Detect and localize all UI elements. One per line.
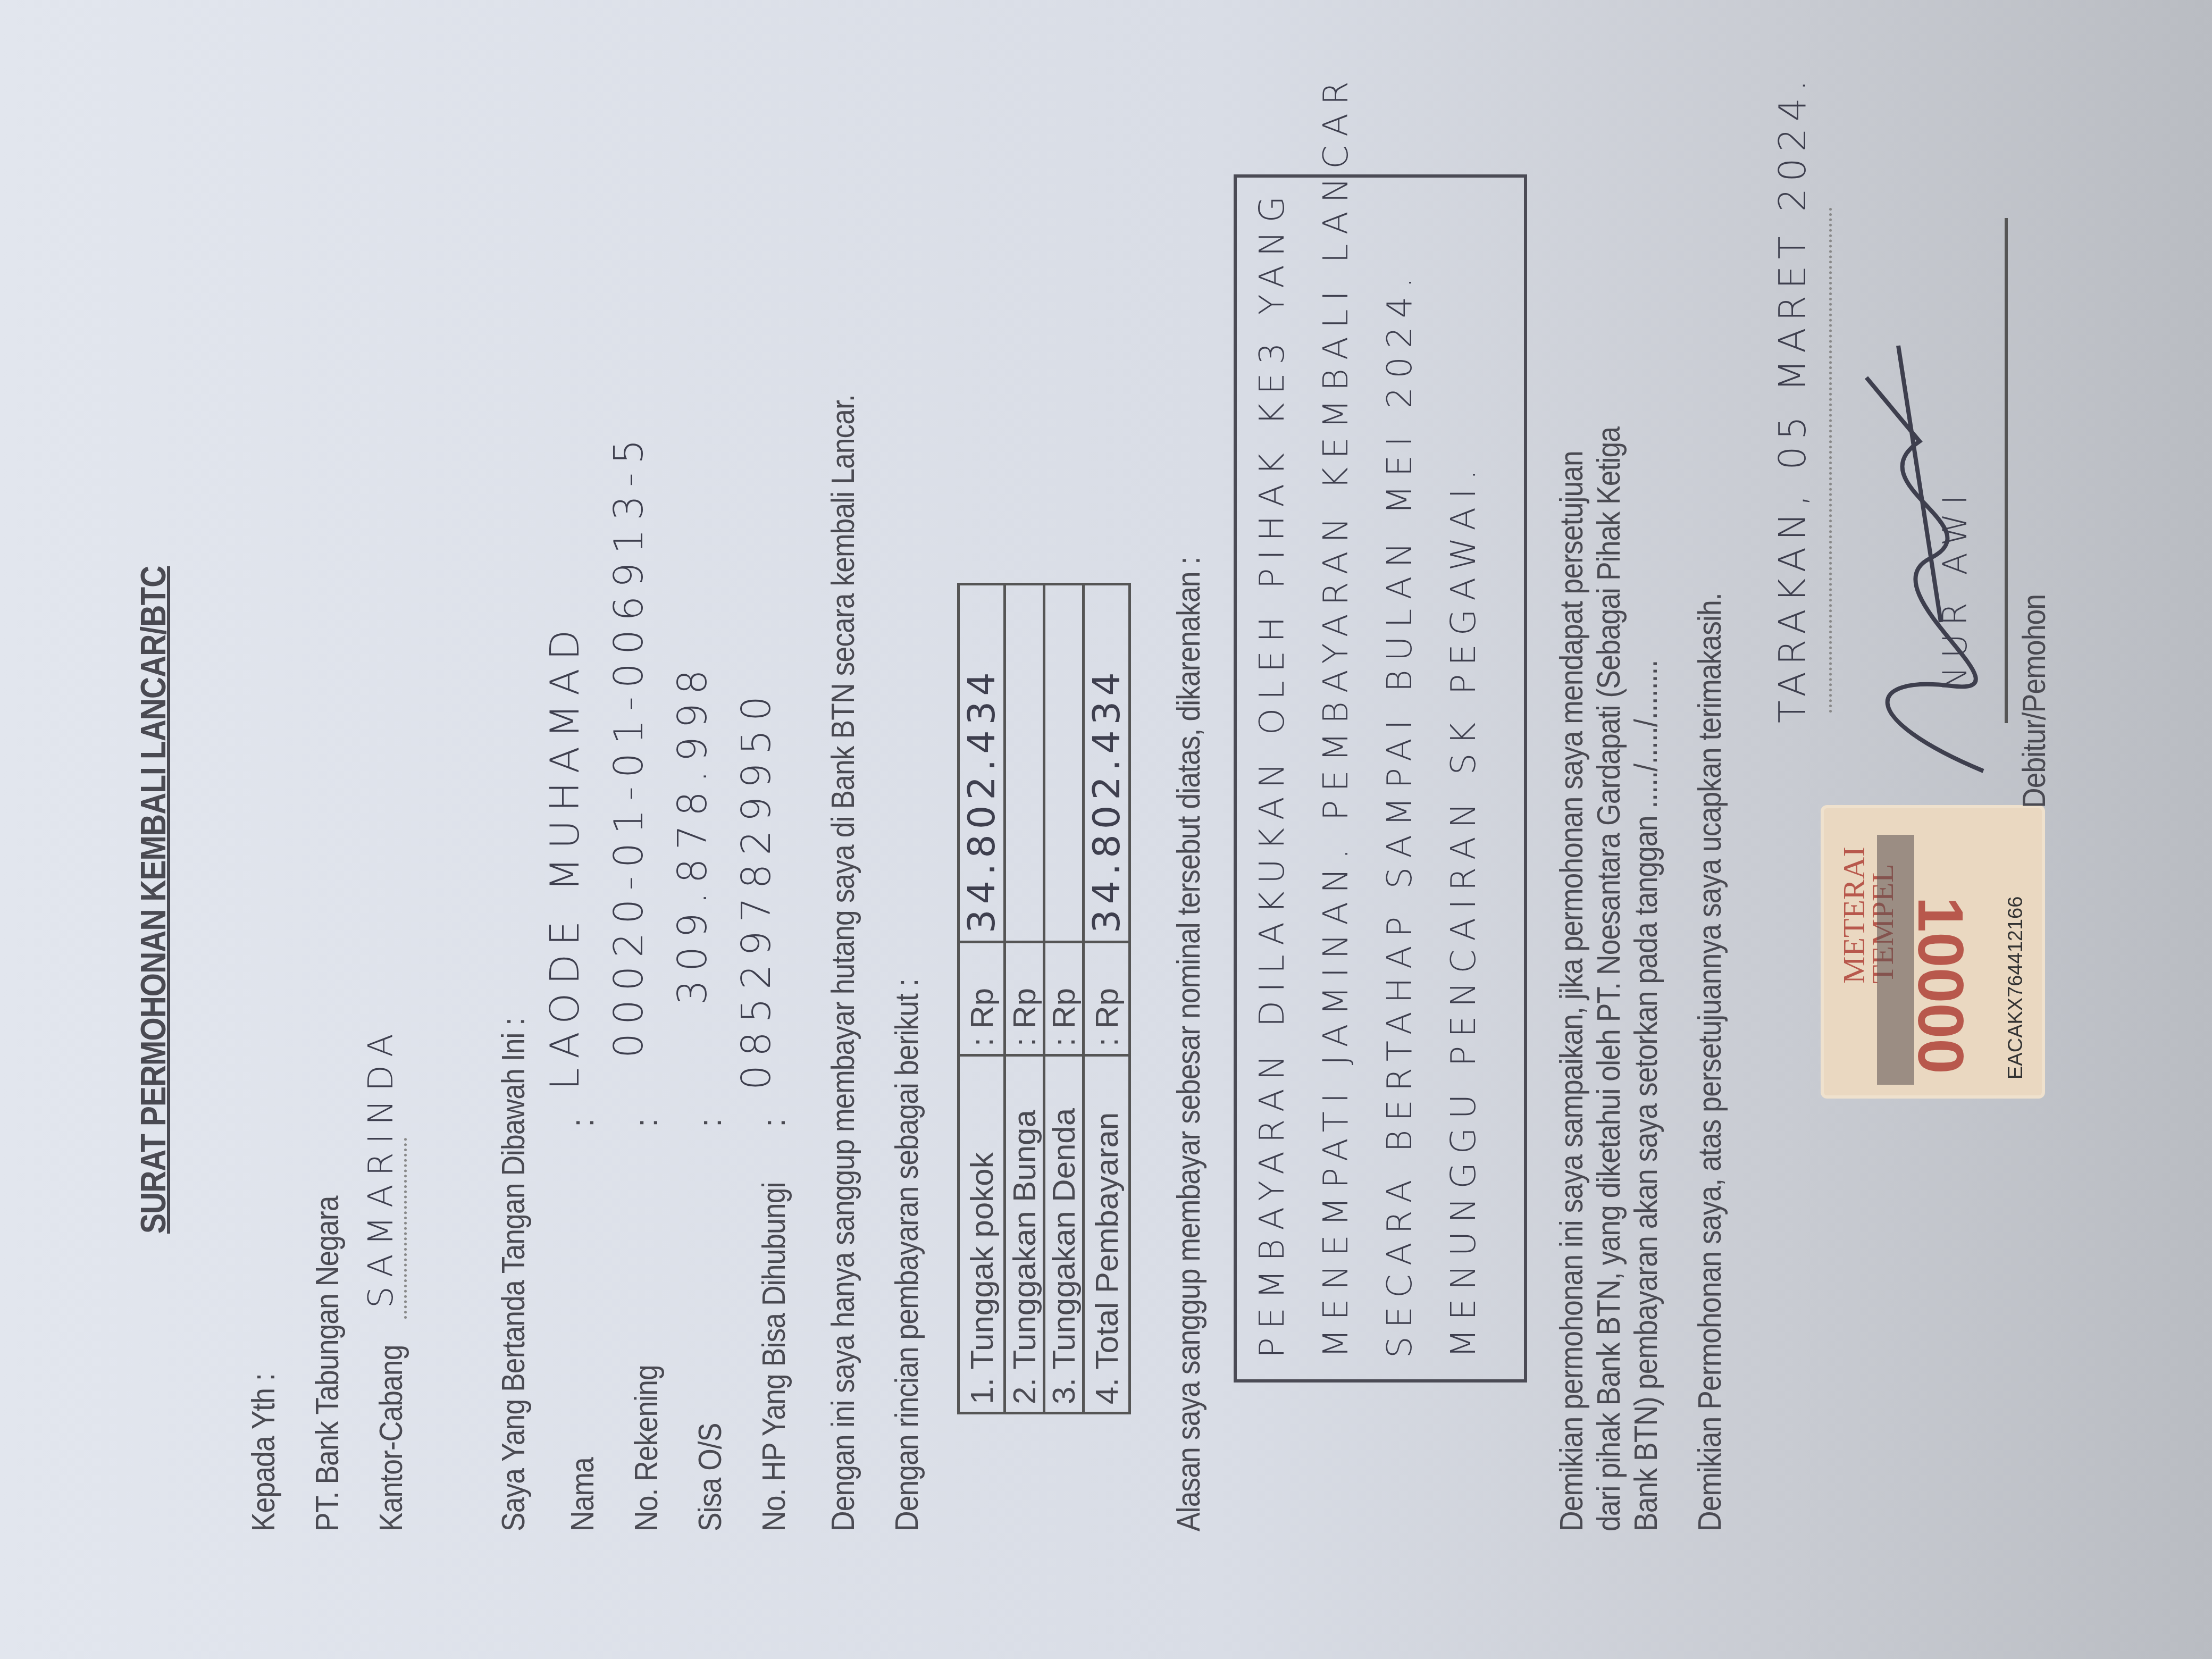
field-label-sisa-os: Sisa O/S [691, 1423, 729, 1531]
signature-line [2005, 218, 2008, 723]
addressee-bank: PT. Bank Tabungan Negara [308, 1196, 346, 1531]
statement-text: Dengan ini saya hanya sanggup membayar h… [824, 395, 862, 1531]
reason-box: PEMBAYARAN DILAKUKAN OLEH PIHAK KE3 YANG… [1234, 174, 1527, 1382]
field-label-nama: Nama [564, 1457, 601, 1531]
row-value: 34.802.434 [959, 584, 1005, 942]
letter-page: SURAT PERMOHONAN KEMBALI LANCAR/BTC Kepa… [0, 0, 2212, 1659]
field-value-hp: 085297829950 [734, 688, 780, 1090]
field-value-nama: LAODE MUHAMAD [542, 622, 588, 1090]
field-label-rekening: No. Rekening [627, 1365, 665, 1531]
letter-title: SURAT PERMOHONAN KEMBALI LANCAR/BTC [133, 566, 173, 1234]
intro-text: Saya Yang Bertanda Tangan Dibawah Ini : [495, 1018, 532, 1531]
table-row: 1. Tunggak pokok : Rp 34.802.434 [959, 584, 1005, 1413]
closing-line: Demikian permohonan ini saya sampaikan, … [1553, 451, 1590, 1531]
currency-prefix: : Rp [959, 942, 1005, 1055]
row-label: 3. Tunggakan Denda [1044, 1055, 1084, 1413]
row-label: 4. Total Pembayaran [1084, 1055, 1130, 1413]
currency-prefix: : Rp [1084, 942, 1130, 1055]
reason-intro: Alasan saya sanggup membayar sebesar nom… [1170, 557, 1208, 1531]
field-value-rekening: 00020-01-01-006913-5 [606, 431, 652, 1058]
signer-role: Debitur/Pemohon [2015, 594, 2053, 808]
closing-line: dari pihak Bank BTN, yang diketahui oleh… [1590, 427, 1628, 1531]
colon: : [691, 1118, 729, 1127]
stamp-label-line1: METERAI [1840, 847, 1869, 984]
meterai-stamp: METERAI TEMPEL 10000 EACAKX764412166 [1824, 808, 2042, 1095]
thanks-text: Demikian Permohonan saya, atas persetuju… [1691, 593, 1729, 1531]
place-date: TARAKAN, 05 MARET 2024. [1771, 73, 1814, 723]
reason-line: MENEMPATI JAMINAN. PEMBAYARAN KEMBALI LA… [1317, 73, 1356, 1358]
addressee-salutation: Kepada Yth : [245, 1373, 282, 1531]
row-label: 2. Tunggakan Bunga [1005, 1055, 1044, 1413]
branch-dotted-line [404, 1138, 407, 1319]
signer-name: NUR AWI [1935, 487, 1974, 691]
branch-label: Kantor-Cabang [372, 1345, 410, 1531]
branch-value: SAMARINDA [362, 1025, 401, 1308]
field-label-hp: No. HP Yang Bisa Dihubungi [755, 1183, 793, 1531]
closing-line: Bank BTN) pembayaran akan saya setorkan … [1627, 660, 1665, 1531]
breakdown-intro: Dengan rincian pembayaran sebagai beriku… [888, 979, 926, 1531]
table-row: 4. Total Pembayaran : Rp 34.802.434 [1084, 584, 1130, 1413]
colon: : [755, 1118, 793, 1127]
currency-prefix: : Rp [1005, 942, 1044, 1055]
signature-scribble [1834, 303, 2005, 782]
colon: : [627, 1118, 665, 1127]
reason-line: MENUNGGU PENCAIRAN SK PEGAWAI. [1444, 461, 1484, 1358]
stamp-value: 10000 [1904, 896, 1977, 1074]
row-label: 1. Tunggak pokok [959, 1055, 1005, 1413]
reason-line: PEMBAYARAN DILAKUKAN OLEH PIHAK KE3 YANG [1253, 188, 1292, 1358]
currency-prefix: : Rp [1044, 942, 1084, 1055]
field-value-sisa-os: 309.878.998 [670, 661, 716, 1005]
payment-table: 1. Tunggak pokok : Rp 34.802.434 2. Tung… [957, 583, 1131, 1414]
row-value [1005, 584, 1044, 942]
stamp-serial: EACAKX764412166 [2005, 896, 2027, 1079]
table-row: 3. Tunggakan Denda : Rp [1044, 584, 1084, 1413]
row-value [1044, 584, 1084, 942]
row-value: 34.802.434 [1084, 584, 1130, 942]
reason-line: SECARA BERTAHAP SAMPAI BULAN MEI 2024. [1380, 269, 1420, 1358]
colon: : [564, 1118, 601, 1127]
table-row: 2. Tunggakan Bunga : Rp [1005, 584, 1044, 1413]
signature-dotted-line [1829, 207, 1832, 713]
